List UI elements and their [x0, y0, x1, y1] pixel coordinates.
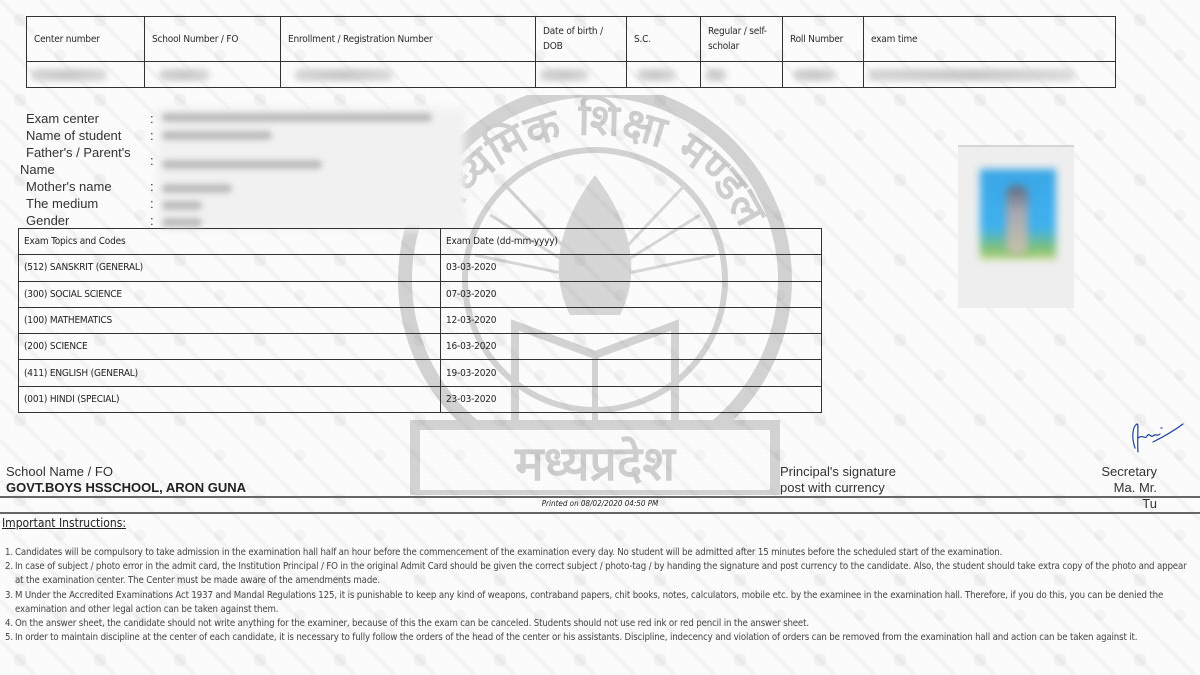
header-center-number: Center number [27, 17, 145, 62]
header-roll-number: Roll Number [783, 17, 864, 62]
value-school-number [145, 62, 281, 88]
school-info: School Name / FO GOVT.BOYS HSSCHOOL, ARO… [6, 464, 246, 496]
label-student-name: Name of student [20, 127, 150, 144]
instruction-number: 2. [5, 560, 15, 588]
candidate-info-table: Center number School Number / FO Enrollm… [26, 16, 1116, 88]
table-row: (100) MATHEMATICS 12-03-2020 [19, 307, 822, 333]
instruction-text: M Under the Accredited Examinations Act … [15, 589, 1195, 617]
table-row: (300) SOCIAL SCIENCE 07-03-2020 [19, 281, 822, 307]
photo-person-silhouette [1006, 185, 1028, 255]
header-exam-topics: Exam Topics and Codes [19, 229, 441, 255]
instruction-item: 4. On the answer sheet, the candidate sh… [5, 617, 1195, 631]
detail-medium: The medium : [20, 195, 460, 212]
detail-gender: Gender : [20, 212, 460, 229]
value-exam-time [864, 62, 1116, 88]
divider [0, 496, 1200, 498]
instructions-list: 1. Candidates will be compulsory to take… [5, 546, 1195, 645]
exam-schedule-table: Exam Topics and Codes Exam Date (dd-mm-y… [18, 228, 822, 413]
instruction-text: Candidates will be compulsory to take ad… [15, 546, 1002, 560]
separator: : [150, 110, 162, 127]
redacted-student-name [162, 131, 272, 140]
header-school-number: School Number / FO [145, 17, 281, 62]
value-dob [536, 62, 627, 88]
exam-date: 03-03-2020 [441, 255, 822, 281]
printed-timestamp: Printed on 08/02/2020 04:50 PM [0, 499, 1200, 508]
instruction-number: 3. [5, 589, 15, 617]
exam-subject: (300) SOCIAL SCIENCE [19, 281, 441, 307]
instruction-item: 3. M Under the Accredited Examinations A… [5, 589, 1195, 617]
secretary-label: Secretary [1101, 464, 1157, 480]
redacted-mother-name [162, 184, 232, 193]
instruction-item: 2. In case of subject / photo error in t… [5, 560, 1195, 588]
separator: : [150, 144, 162, 178]
exam-subject: (001) HINDI (SPECIAL) [19, 386, 441, 412]
instruction-text: On the answer sheet, the candidate shoul… [15, 617, 809, 631]
info-table-header-row: Center number School Number / FO Enrollm… [27, 17, 1116, 62]
candidate-details: Exam center : Name of student : Father's… [20, 110, 460, 229]
exam-date: 07-03-2020 [441, 281, 822, 307]
exam-subject: (512) SANSKRIT (GENERAL) [19, 255, 441, 281]
label-mother-name: Mother's name [20, 178, 150, 195]
redacted-parent-name [162, 160, 322, 169]
divider [0, 512, 1200, 514]
exam-date: 16-03-2020 [441, 334, 822, 360]
value-sc [627, 62, 701, 88]
label-parent-name-line1: Father's / Parent's [20, 144, 150, 161]
student-photo [958, 145, 1074, 308]
redacted-gender [162, 218, 202, 227]
separator: : [150, 195, 162, 212]
principal-sublabel: post with currency [780, 480, 896, 496]
exam-date: 12-03-2020 [441, 307, 822, 333]
label-parent-name-line2: Name [20, 162, 55, 177]
school-name: GOVT.BOYS HSSCHOOL, ARON GUNA [6, 480, 246, 496]
info-table-values-row [27, 62, 1116, 88]
header-exam-time: exam time [864, 17, 1116, 62]
principal-label: Principal's signature [780, 464, 896, 480]
redacted-medium [162, 201, 202, 210]
label-parent-name: Father's / Parent's Name [20, 144, 150, 178]
separator: : [150, 212, 162, 229]
label-gender: Gender [20, 212, 150, 229]
separator: : [150, 127, 162, 144]
instruction-number: 4. [5, 617, 15, 631]
instruction-item: 1. Candidates will be compulsory to take… [5, 546, 1195, 560]
principal-signature-block: Principal's signature post with currency [780, 464, 896, 496]
table-row: (512) SANSKRIT (GENERAL) 03-03-2020 [19, 255, 822, 281]
instruction-number: 1. [5, 546, 15, 560]
school-label: School Name / FO [6, 464, 246, 480]
exam-date: 23-03-2020 [441, 386, 822, 412]
exam-date: 19-03-2020 [441, 360, 822, 386]
label-exam-center: Exam center [20, 110, 150, 127]
value-roll-number [783, 62, 864, 88]
exam-subject: (200) SCIENCE [19, 334, 441, 360]
exam-subject: (411) ENGLISH (GENERAL) [19, 360, 441, 386]
value-regular-self-scholar [701, 62, 783, 88]
instruction-text: In order to maintain discipline at the c… [15, 631, 1137, 645]
label-medium: The medium [20, 195, 150, 212]
exam-table-header-row: Exam Topics and Codes Exam Date (dd-mm-y… [19, 229, 822, 255]
detail-mother-name: Mother's name : [20, 178, 460, 195]
exam-subject: (100) MATHEMATICS [19, 307, 441, 333]
instruction-item: 5. In order to maintain discipline at th… [5, 631, 1195, 645]
header-regular-self-scholar: Regular / self-scholar [701, 17, 783, 62]
header-enrollment-number: Enrollment / Registration Number [281, 17, 536, 62]
header-exam-date: Exam Date (dd-mm-yyyy) [441, 229, 822, 255]
value-enrollment-number [281, 62, 536, 88]
secretary-signature [1125, 418, 1185, 458]
table-row: (411) ENGLISH (GENERAL) 19-03-2020 [19, 360, 822, 386]
header-sc: S.C. [627, 17, 701, 62]
instruction-number: 5. [5, 631, 15, 645]
redacted-exam-center [162, 113, 432, 122]
separator: : [150, 178, 162, 195]
instruction-text: In case of subject / photo error in the … [15, 560, 1195, 588]
table-row: (200) SCIENCE 16-03-2020 [19, 334, 822, 360]
instructions-title: Important Instructions: [2, 516, 126, 530]
header-dob: Date of birth / DOB [536, 17, 627, 62]
table-row: (001) HINDI (SPECIAL) 23-03-2020 [19, 386, 822, 412]
value-center-number [27, 62, 145, 88]
